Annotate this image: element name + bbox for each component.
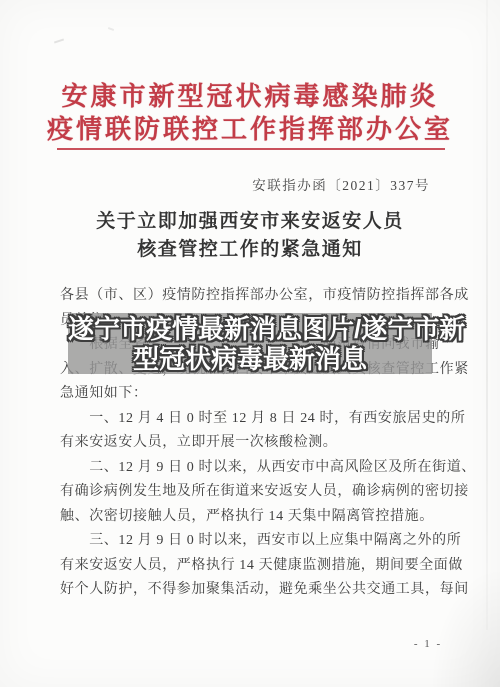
body-line: 一、12 月 4 日 0 时至 12 月 8 日 24 时，有西安旅居史的所 [60, 407, 460, 432]
body-line: 有来安返安人员，严格执行 14 天健康监测措施，期间要全面做 [60, 554, 460, 579]
watermark-line2: 型冠状病毒最新消息 [68, 344, 432, 374]
document-title-line1: 关于立即加强西安市来安返安人员 [0, 208, 500, 236]
body-line: 各县（市、区）疫情防控指挥部办公室，市疫情防控指挥部各成 [60, 284, 460, 309]
body-line: 好个人防护，不得参加聚集活动，避免乘坐公共交通工具，每间 [60, 578, 460, 603]
letterhead-line2: 疫情联防联控工作指挥部办公室 [0, 113, 500, 146]
scan-speck [54, 39, 64, 44]
watermark-line1: 遂宁市疫情最新消息图片/遂宁市新 [68, 314, 432, 344]
body-line: 三、12 月 9 日 0 时以来，西安市以上应集中隔离之外的所 [60, 529, 460, 554]
body-line: 触、次密切接触人员，严格执行 14 天集中隔离管控措施。 [60, 505, 460, 530]
letterhead-org-name: 安康市新型冠状病毒感染肺炎 疫情联防联控工作指挥部办公室 [0, 80, 500, 146]
body-line: 二、12 月 9 日 0 时以来，从西安市中高风险区及所在街道、 [60, 456, 460, 481]
doc-reference-number: 安联指办函〔2021〕337号 [252, 174, 430, 194]
letterhead-divider [57, 148, 445, 150]
document-title: 关于立即加强西安市来安返安人员 核查管控工作的紧急通知 [0, 208, 500, 264]
body-line: 急通知如下： [60, 382, 460, 407]
scan-speck [108, 27, 114, 31]
letterhead-line1: 安康市新型冠状病毒感染肺炎 [0, 80, 500, 113]
document-title-line2: 核查管控工作的紧急通知 [0, 236, 500, 264]
watermark-banner: 遂宁市疫情最新消息图片/遂宁市新 型冠状病毒最新消息 [68, 313, 432, 374]
scanned-document-page: 安康市新型冠状病毒感染肺炎 疫情联防联控工作指挥部办公室 安联指办函〔2021〕… [0, 0, 500, 687]
body-line: 有确诊病例发生地及所在街道来安返安人员，确诊病例的密切接 [60, 480, 460, 505]
page-number: - 1 - [396, 638, 460, 650]
body-line: 有来安返安人员，立即开展一次核酸检测。 [60, 431, 460, 456]
